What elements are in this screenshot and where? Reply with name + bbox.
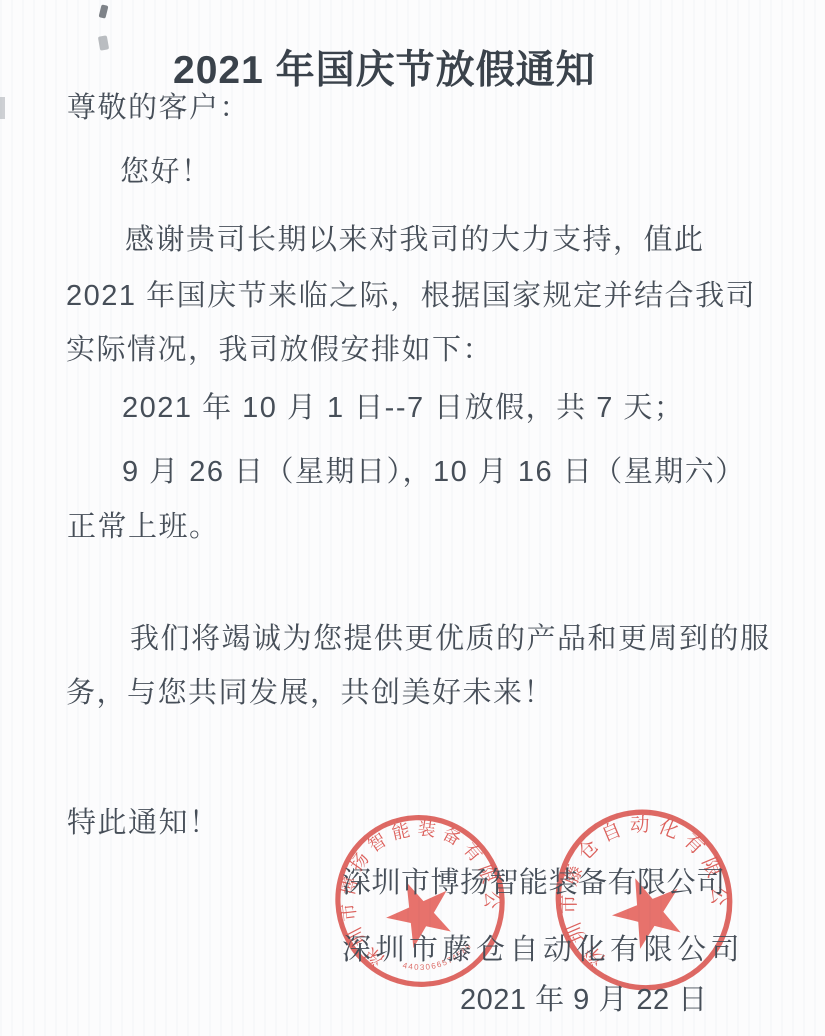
scanned-holiday-notice: { "letter": { "title": "2021 年国庆节放假通知", … bbox=[0, 0, 825, 1036]
paragraph-line: 我们将竭诚为您提供更优质的产品和更周到的服 bbox=[130, 623, 771, 656]
workday-schedule-line: 正常上班。 bbox=[67, 511, 220, 544]
company-signature-1: 深圳市博扬智能装备有限公司 bbox=[342, 867, 726, 900]
paragraph-line: 感谢贵司长期以来对我司的大力支持，值此 bbox=[125, 224, 705, 257]
page-title: 2021 年国庆节放假通知 bbox=[173, 39, 596, 95]
company-signature-2: 深圳市藤仓自动化有限公司 bbox=[342, 934, 744, 967]
closing-line: 特此通知！ bbox=[67, 807, 220, 840]
scan-artifact bbox=[98, 35, 109, 50]
workday-schedule-line: 9 月 26 日（星期日），10 月 16 日（星期六） bbox=[122, 456, 746, 489]
salutation-line: 尊敬的客户： bbox=[67, 92, 250, 125]
scan-artifact bbox=[0, 97, 5, 119]
date-line: 2021 年 9 月 22 日 bbox=[460, 984, 708, 1017]
paragraph-line: 务，与您共同发展，共创美好未来！ bbox=[66, 677, 554, 710]
paragraph-line: 实际情况，我司放假安排如下： bbox=[66, 334, 493, 367]
paragraph-line: 2021 年国庆节来临之际，根据国家规定并结合我司 bbox=[66, 280, 756, 313]
greeting-line: 您好！ bbox=[120, 156, 212, 189]
holiday-schedule-line: 2021 年 10 月 1 日--7 日放假，共 7 天； bbox=[122, 392, 684, 425]
scan-artifact bbox=[99, 4, 109, 18]
